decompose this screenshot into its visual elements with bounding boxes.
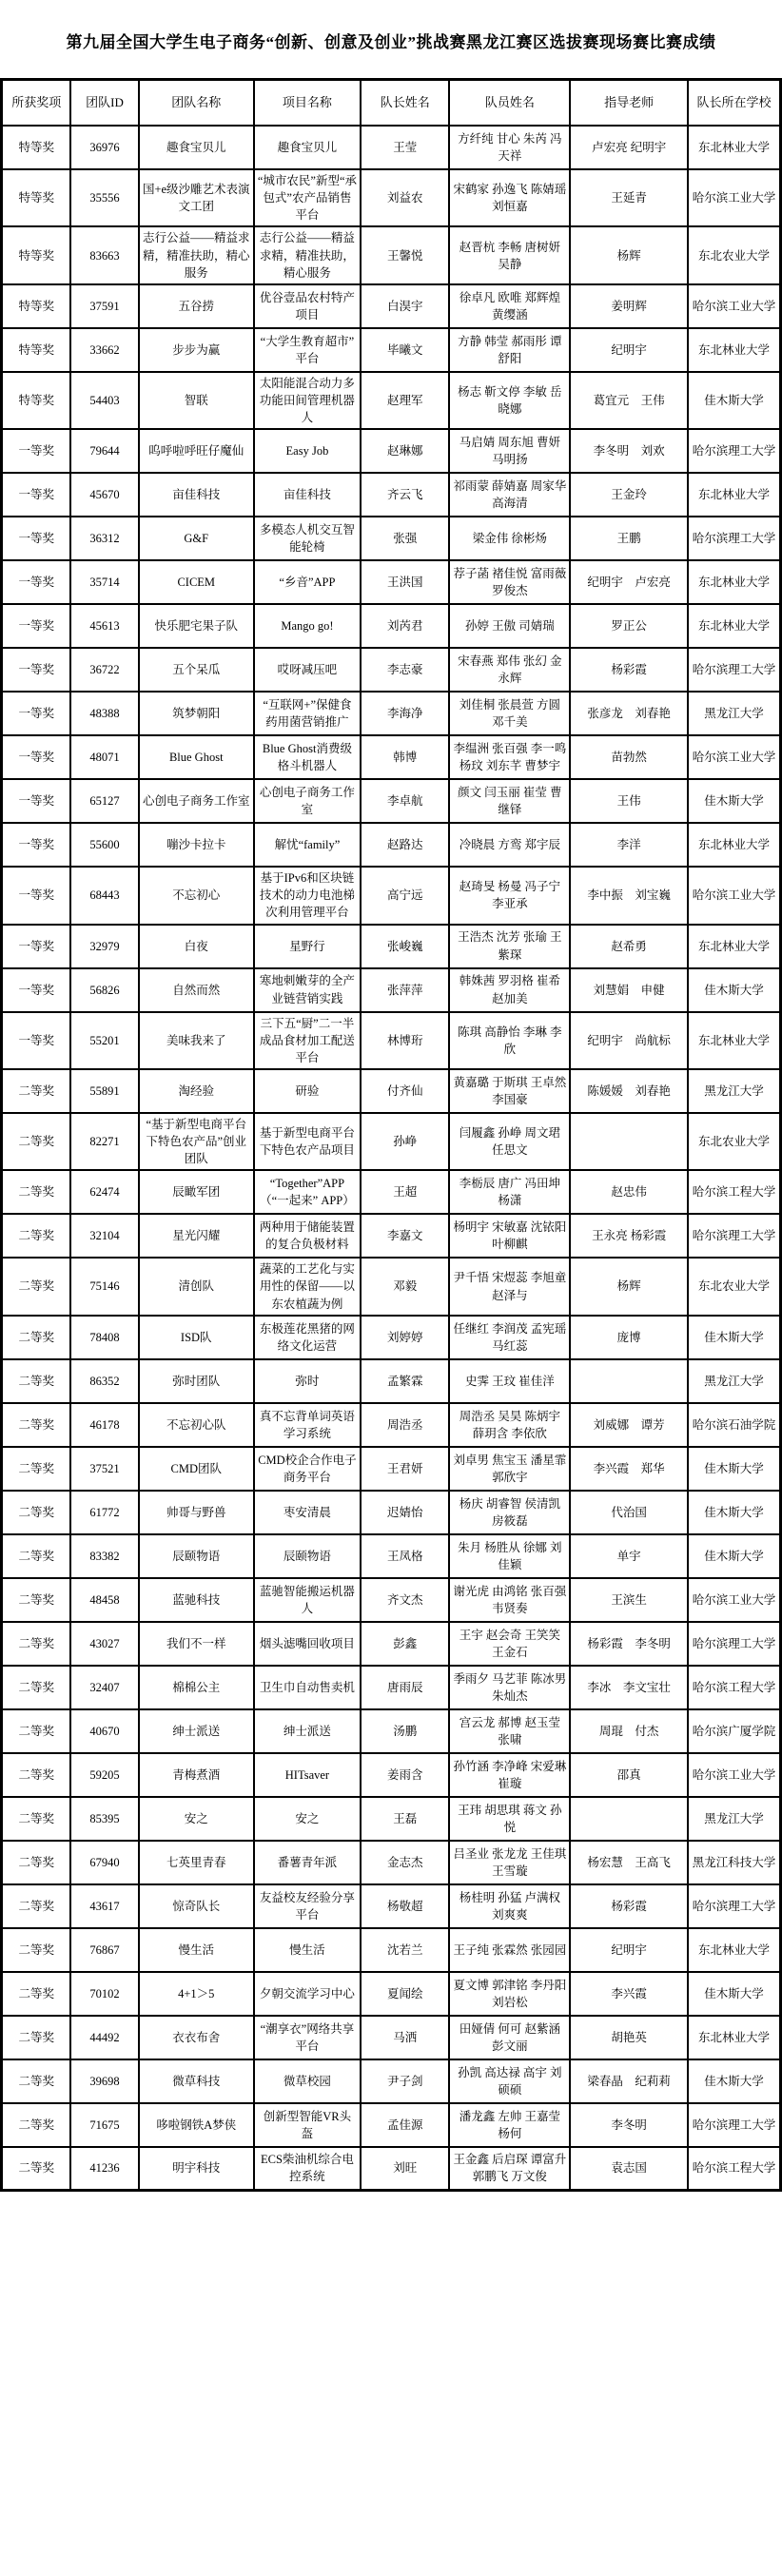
cell-school: 黑龙江大学 [688,1359,781,1403]
cell-team-name: 心创电子商务工作室 [139,779,254,823]
cell-project-name: 卫生巾自动售卖机 [254,1666,361,1709]
cell-award: 一等奖 [2,925,71,968]
cell-school: 哈尔滨工业大学 [688,169,781,226]
cell-project-name: 多模态人机交互智能轮椅 [254,517,361,560]
cell-members: 季雨夕 马艺菲 陈冰男 朱灿杰 [449,1666,570,1709]
cell-advisors: 王滨生 [570,1578,688,1622]
cell-award: 特等奖 [2,126,71,169]
cell-team-id: 55600 [70,823,138,867]
cell-project-name: “大学生教育超市”平台 [254,328,361,372]
cell-award: 一等奖 [2,968,71,1012]
cell-team-id: 35714 [70,560,138,604]
cell-captain: 夏闻绘 [361,1972,449,2016]
cell-team-id: 75146 [70,1258,138,1315]
cell-advisors: 陈媛媛 刘春艳 [570,1069,688,1113]
cell-team-id: 43617 [70,1884,138,1928]
results-table-body: 特等奖36976趣食宝贝儿趣食宝贝儿王莹方纤纯 甘心 朱芮 冯天祥卢宏亮 纪明宇… [2,126,781,2191]
cell-award: 二等奖 [2,1316,71,1359]
cell-project-name: 弥时 [254,1359,361,1403]
cell-team-id: 65127 [70,779,138,823]
cell-team-id: 61772 [70,1491,138,1534]
cell-project-name: 创新型智能VR头盔 [254,2103,361,2147]
table-row: 二等奖61772帅哥与野兽枣安清晨迟婧怡杨庆 胡睿智 侯清凯 房筱磊代治国佳木斯… [2,1491,781,1534]
table-row: 特等奖33662步步为赢“大学生教育超市”平台毕曦文方静 韩莹 郝雨彤 谭舒阳纪… [2,328,781,372]
cell-team-name: 五谷捞 [139,284,254,328]
cell-award: 一等奖 [2,867,71,924]
cell-team-name: 嘣沙卡拉卡 [139,823,254,867]
table-row: 特等奖35556国+e级沙雕艺术表演文工团“城市农民”新型“承包式”农产品销售平… [2,169,781,226]
table-row: 一等奖68443不忘初心基于IPv6和区块链技术的动力电池梯次利用管理平台高宁远… [2,867,781,924]
cell-project-name: 蔬菜的工艺化与实用性的保留——以东农植蔬为例 [254,1258,361,1315]
table-row: 二等奖83382辰颐物语辰颐物语王凤格朱月 杨胜从 徐娜 刘佳颖单宇佳木斯大学 [2,1534,781,1578]
cell-captain: 迟婧怡 [361,1491,449,1534]
cell-team-name: CMD团队 [139,1447,254,1491]
cell-team-id: 83382 [70,1534,138,1578]
cell-award: 二等奖 [2,1113,71,1170]
table-row: 二等奖62474辰瞰军团“Together”APP （“一起来” APP）王超李… [2,1170,781,1214]
cell-team-id: 32979 [70,925,138,968]
table-row: 二等奖701024+1＞5夕朝交流学习中心夏闻绘夏文博 郭津铭 李丹阳 刘岩松李… [2,1972,781,2016]
cell-members: 徐卓凡 欧唯 郑辉煌 黄缨涵 [449,284,570,328]
cell-members: 任继红 李润茂 孟宪瑶 马红蕊 [449,1316,570,1359]
cell-advisors: 刘威娜 谭芳 [570,1403,688,1447]
cell-members: 孙凯 高达禄 高宇 刘硕硕 [449,2059,570,2103]
cell-team-id: 45670 [70,473,138,517]
cell-captain: 林博珩 [361,1012,449,1069]
cell-award: 一等奖 [2,517,71,560]
cell-team-name: 志行公益——精益求精，精准扶助，精心服务 [139,226,254,283]
cell-award: 二等奖 [2,1578,71,1622]
cell-team-name: 快乐肥宅果子队 [139,604,254,648]
cell-members: 刘卓男 焦宝玉 潘星霏 郭欣宇 [449,1447,570,1491]
cell-award: 二等奖 [2,1359,71,1403]
cell-captain: 刘芮君 [361,604,449,648]
cell-team-name: 安之 [139,1797,254,1841]
cell-project-name: 优谷壹品农村特产项目 [254,284,361,328]
cell-school: 哈尔滨理工大学 [688,2103,781,2147]
cell-captain: 赵琳娜 [361,429,449,473]
cell-award: 二等奖 [2,1841,71,1884]
table-row: 二等奖75146清创队蔬菜的工艺化与实用性的保留——以东农植蔬为例邓毅尹千悟 宋… [2,1258,781,1315]
cell-captain: 王洪国 [361,560,449,604]
cell-project-name: 解忧“family” [254,823,361,867]
cell-school: 佳木斯大学 [688,1491,781,1534]
table-row: 一等奖55600嘣沙卡拉卡解忧“family”赵路达冷晓晨 方鸾 郑宇辰李洋东北… [2,823,781,867]
cell-award: 一等奖 [2,604,71,648]
cell-project-name: 慢生活 [254,1928,361,1972]
cell-project-name: 三下五“厨”二一半成品食材加工配送平台 [254,1012,361,1069]
cell-school: 哈尔滨工业大学 [688,284,781,328]
cell-team-id: 76867 [70,1928,138,1972]
cell-advisors: 杨彩霞 李冬明 [570,1622,688,1666]
cell-members: 李缊洲 张百强 李一鸣 杨玟 刘东芊 曹梦宇 [449,735,570,779]
cell-project-name: 烟头滤嘴回收项目 [254,1622,361,1666]
cell-members: 冷晓晨 方鸾 郑宇辰 [449,823,570,867]
cell-captain: 周浩丞 [361,1403,449,1447]
cell-project-name: 两种用于储能装置的复合负极材料 [254,1214,361,1258]
table-row: 一等奖32979白夜星野行张峻巍王浩杰 沈芳 张瑜 王紫琛赵希勇东北林业大学 [2,925,781,968]
cell-school: 佳木斯大学 [688,968,781,1012]
cell-school: 哈尔滨理工大学 [688,648,781,692]
cell-members: 赵晋杭 李畅 唐树妍 吴静 [449,226,570,283]
cell-project-name: 哎呀减压吧 [254,648,361,692]
cell-award: 一等奖 [2,823,71,867]
cell-team-name: 自然而然 [139,968,254,1012]
cell-team-id: 85395 [70,1797,138,1841]
table-row: 二等奖44492衣衣布舍“潮享衣”网络共享平台马洒田娅倩 何可 赵紫涵 彭文丽胡… [2,2016,781,2059]
table-row: 二等奖46178不忘初心队真不忘背单词英语学习系统周浩丞周浩丞 吴昊 陈炳宇 薛… [2,1403,781,1447]
cell-team-id: 40670 [70,1709,138,1753]
cell-team-name: 亩佳科技 [139,473,254,517]
cell-advisors: 代治国 [570,1491,688,1534]
cell-school: 佳木斯大学 [688,1447,781,1491]
cell-captain: 孟繁霖 [361,1359,449,1403]
cell-team-name: 弥时团队 [139,1359,254,1403]
cell-project-name: 枣安清晨 [254,1491,361,1534]
cell-project-name: CMD校企合作电子商务平台 [254,1447,361,1491]
cell-award: 特等奖 [2,328,71,372]
cell-school: 东北林业大学 [688,1012,781,1069]
cell-team-name: 白夜 [139,925,254,968]
cell-team-name: 五个呆瓜 [139,648,254,692]
cell-members: 颜文 闫玉丽 崔莹 曹继铎 [449,779,570,823]
cell-award: 特等奖 [2,372,71,429]
cell-advisors: 纪明宇 [570,328,688,372]
cell-award: 二等奖 [2,1884,71,1928]
cell-team-id: 41236 [70,2147,138,2191]
cell-advisors [570,1359,688,1403]
cell-team-id: 32104 [70,1214,138,1258]
table-row: 一等奖36722五个呆瓜哎呀减压吧李志豪宋春燕 郑伟 张幻 金永辉杨彩霞哈尔滨理… [2,648,781,692]
table-row: 二等奖71675哆啦钢铁A梦侠创新型智能VR头盔孟佳源潘龙鑫 左帅 王嘉莹 杨何… [2,2103,781,2147]
table-row: 二等奖67940七英里青春番薯青年派金志杰吕圣业 张龙龙 王佳琪 王雪璇杨宏慧 … [2,1841,781,1884]
cell-team-name: 帅哥与野兽 [139,1491,254,1534]
cell-captain: 唐雨辰 [361,1666,449,1709]
cell-members: 周浩丞 吴昊 陈炳宇 薛玥含 李依欣 [449,1403,570,1447]
cell-captain: 王凤格 [361,1534,449,1578]
cell-captain: 王磊 [361,1797,449,1841]
cell-school: 东北农业大学 [688,1113,781,1170]
cell-members: 杨桂明 孙猛 卢满权 刘爽爽 [449,1884,570,1928]
cell-members: 宋鹤家 孙逸飞 陈婧瑶 刘恒嘉 [449,169,570,226]
cell-school: 哈尔滨理工大学 [688,517,781,560]
cell-school: 东北林业大学 [688,126,781,169]
cell-award: 二等奖 [2,1666,71,1709]
cell-school: 东北林业大学 [688,328,781,372]
table-row: 一等奖45613快乐肥宅果子队Mango go!刘芮君孙婷 王傲 司婧瑞罗正公东… [2,604,781,648]
cell-award: 二等奖 [2,1928,71,1972]
cell-school: 佳木斯大学 [688,1534,781,1578]
cell-members: 潘龙鑫 左帅 王嘉莹 杨何 [449,2103,570,2147]
results-page: 第九届全国大学生电子商务“创新、创意及创业”挑战赛黑龙江赛区选拔赛现场赛比赛成绩… [0,0,782,2192]
cell-members: 李栃辰 唐广 冯田坤 杨潇 [449,1170,570,1214]
cell-team-name: 淘经验 [139,1069,254,1113]
table-row: 二等奖41236明宇科技ECS柴油机综合电控系统刘旺王金鑫 后启琛 谭富升 郭鹏… [2,2147,781,2191]
cell-award: 二等奖 [2,1797,71,1841]
cell-members: 田娅倩 何可 赵紫涵 彭文丽 [449,2016,570,2059]
cell-award: 二等奖 [2,1214,71,1258]
cell-members: 孙竹涵 李净峰 宋爱琳 崔璇 [449,1753,570,1797]
cell-members: 荐子菡 褚佳悦 富雨薇 罗俊杰 [449,560,570,604]
table-row: 二等奖86352弥时团队弥时孟繁霖史霁 王玟 崔佳洋黑龙江大学 [2,1359,781,1403]
cell-team-id: 48071 [70,735,138,779]
column-header: 队员姓名 [449,80,570,127]
cell-captain: 孟佳源 [361,2103,449,2147]
cell-team-id: 67940 [70,1841,138,1884]
cell-team-id: 55891 [70,1069,138,1113]
cell-members: 朱月 杨胜从 徐娜 刘佳颖 [449,1534,570,1578]
cell-advisors: 赵忠伟 [570,1170,688,1214]
cell-team-name: 不忘初心队 [139,1403,254,1447]
cell-team-id: 86352 [70,1359,138,1403]
cell-team-id: 44492 [70,2016,138,2059]
cell-school: 东北林业大学 [688,1928,781,1972]
cell-project-name: 友益校友经验分享平台 [254,1884,361,1928]
cell-captain: 马洒 [361,2016,449,2059]
cell-team-name: Blue Ghost [139,735,254,779]
cell-members: 夏文博 郭津铭 李丹阳 刘岩松 [449,1972,570,2016]
cell-captain: 毕曦文 [361,328,449,372]
cell-team-name: 慢生活 [139,1928,254,1972]
cell-team-name: 筑梦朝阳 [139,692,254,735]
table-row: 二等奖43617惊奇队长友益校友经验分享平台杨敬超杨桂明 孙猛 卢满权 刘爽爽杨… [2,1884,781,1928]
cell-school: 哈尔滨理工大学 [688,1884,781,1928]
cell-team-name: 明宇科技 [139,2147,254,2191]
cell-project-name: “乡音”APP [254,560,361,604]
cell-captain: 沈若兰 [361,1928,449,1972]
table-row: 二等奖32407棉棉公主卫生巾自动售卖机唐雨辰季雨夕 马艺菲 陈冰男 朱灿杰李冰… [2,1666,781,1709]
cell-school: 哈尔滨理工大学 [688,429,781,473]
cell-team-id: 55201 [70,1012,138,1069]
cell-captain: 王馨悦 [361,226,449,283]
cell-captain: 李志豪 [361,648,449,692]
cell-school: 东北林业大学 [688,2016,781,2059]
cell-project-name: 东极莲花黑猪的网络文化运营 [254,1316,361,1359]
cell-team-name: 惊奇队长 [139,1884,254,1928]
cell-project-name: “潮享衣”网络共享平台 [254,2016,361,2059]
cell-project-name: 趣食宝贝儿 [254,126,361,169]
cell-project-name: 辰颐物语 [254,1534,361,1578]
cell-project-name: 绅士派送 [254,1709,361,1753]
cell-captain: 齐云飞 [361,473,449,517]
cell-advisors: 纪明宇 尚航标 [570,1012,688,1069]
cell-advisors: 苗勃然 [570,735,688,779]
table-row: 一等奖48388筑梦朝阳“互联网+”保健食药用菌营销推广李海净刘佳桐 张晨萱 方… [2,692,781,735]
table-row: 二等奖55891淘经验研验付齐仙黄嘉璐 于斯琪 王卓然 李国豪陈媛媛 刘春艳黑龙… [2,1069,781,1113]
cell-school: 哈尔滨广厦学院 [688,1709,781,1753]
cell-captain: 李嘉文 [361,1214,449,1258]
cell-captain: 王超 [361,1170,449,1214]
cell-members: 吕圣业 张龙龙 王佳琪 王雪璇 [449,1841,570,1884]
cell-team-id: 45613 [70,604,138,648]
cell-team-name: 不忘初心 [139,867,254,924]
cell-captain: 孙峥 [361,1113,449,1170]
cell-award: 一等奖 [2,779,71,823]
cell-school: 哈尔滨石油学院 [688,1403,781,1447]
cell-team-name: 步步为赢 [139,328,254,372]
cell-advisors: 杨彩霞 [570,648,688,692]
table-row: 二等奖40670绅士派送绅士派送汤鹏宫云龙 郝博 赵玉莹 张啸周琨 付杰哈尔滨广… [2,1709,781,1753]
cell-school: 黑龙江大学 [688,1069,781,1113]
cell-members: 祁雨蒙 薛婧嘉 周家华 高海清 [449,473,570,517]
column-header: 指导老师 [570,80,688,127]
cell-advisors: 梁春晶 纪莉莉 [570,2059,688,2103]
cell-team-name: 七英里青春 [139,1841,254,1884]
cell-members: 陈琪 高静怡 李琳 李欣 [449,1012,570,1069]
cell-advisors: 单宇 [570,1534,688,1578]
cell-school: 哈尔滨工业大学 [688,1578,781,1622]
cell-team-name: “基于新型电商平台下特色农产品”创业团队 [139,1113,254,1170]
cell-school: 佳木斯大学 [688,1972,781,2016]
cell-advisors: 李冬明 刘欢 [570,429,688,473]
cell-advisors: 袁志国 [570,2147,688,2191]
cell-team-name: 星光闪耀 [139,1214,254,1258]
cell-advisors: 李洋 [570,823,688,867]
cell-members: 宫云龙 郝博 赵玉莹 张啸 [449,1709,570,1753]
cell-team-name: 衣衣布舍 [139,2016,254,2059]
cell-award: 二等奖 [2,1170,71,1214]
table-row: 特等奖54403智联太阳能混合动力多功能田间管理机器人赵理军杨志 靳文停 李敏 … [2,372,781,429]
cell-team-id: 36722 [70,648,138,692]
cell-project-name: 亩佳科技 [254,473,361,517]
cell-team-id: 71675 [70,2103,138,2147]
cell-team-name: 4+1＞5 [139,1972,254,2016]
cell-school: 佳木斯大学 [688,1316,781,1359]
cell-advisors: 杨辉 [570,1258,688,1315]
cell-school: 东北林业大学 [688,604,781,648]
cell-captain: 韩博 [361,735,449,779]
cell-team-id: 39698 [70,2059,138,2103]
cell-team-name: 青梅煮酒 [139,1753,254,1797]
cell-advisors: 李中振 刘宝巍 [570,867,688,924]
cell-team-id: 83663 [70,226,138,283]
table-row: 一等奖56826自然而然寒地刺嫩芽的全产业链营销实践张萍萍韩姝茜 罗羽格 崔希 … [2,968,781,1012]
cell-award: 特等奖 [2,169,71,226]
header-row: 所获奖项团队ID团队名称项目名称队长姓名队员姓名指导老师队长所在学校 [2,80,781,127]
cell-advisors: 罗正公 [570,604,688,648]
cell-captain: 尹子剑 [361,2059,449,2103]
table-row: 一等奖48071Blue GhostBlue Ghost消费级格斗机器人韩博李缊… [2,735,781,779]
cell-school: 哈尔滨工程大学 [688,2147,781,2191]
cell-advisors: 杨辉 [570,226,688,283]
cell-award: 二等奖 [2,2016,71,2059]
cell-captain: 金志杰 [361,1841,449,1884]
cell-captain: 刘益农 [361,169,449,226]
cell-members: 杨志 靳文停 李敏 岳晓娜 [449,372,570,429]
cell-project-name: 夕朝交流学习中心 [254,1972,361,2016]
cell-advisors: 王永亮 杨彩霞 [570,1214,688,1258]
cell-team-id: 79644 [70,429,138,473]
cell-team-name: CICEM [139,560,254,604]
cell-project-name: 星野行 [254,925,361,968]
table-row: 特等奖83663志行公益——精益求精，精准扶助，精心服务志行公益——精益求精，精… [2,226,781,283]
cell-members: 黄嘉璐 于斯琪 王卓然 李国豪 [449,1069,570,1113]
cell-advisors: 卢宏亮 纪明宇 [570,126,688,169]
cell-project-name: 基于新型电商平台下特色农产品项目 [254,1113,361,1170]
cell-project-name: “互联网+”保健食药用菌营销推广 [254,692,361,735]
cell-advisors: 邵真 [570,1753,688,1797]
cell-captain: 彭鑫 [361,1622,449,1666]
cell-school: 东北林业大学 [688,925,781,968]
cell-team-id: 35556 [70,169,138,226]
cell-captain: 刘旺 [361,2147,449,2191]
cell-award: 二等奖 [2,2059,71,2103]
cell-advisors: 张彦龙 刘春艳 [570,692,688,735]
cell-team-id: 68443 [70,867,138,924]
cell-team-name: 清创队 [139,1258,254,1315]
cell-captain: 李卓航 [361,779,449,823]
cell-members: 王浩杰 沈芳 张瑜 王紫琛 [449,925,570,968]
cell-school: 哈尔滨理工大学 [688,1214,781,1258]
cell-captain: 张萍萍 [361,968,449,1012]
table-row: 二等奖32104星光闪耀两种用于储能装置的复合负极材料李嘉文杨明宇 宋敏嘉 沈铱… [2,1214,781,1258]
cell-project-name: 蓝驰智能搬运机器人 [254,1578,361,1622]
cell-project-name: 番薯青年派 [254,1841,361,1884]
table-row: 二等奖43027我们不一样烟头滤嘴回收项目彭鑫王宇 赵会奇 王笑笑 王金石杨彩霞… [2,1622,781,1666]
cell-award: 一等奖 [2,1012,71,1069]
cell-project-name: HITsaver [254,1753,361,1797]
cell-team-name: 辰颐物语 [139,1534,254,1578]
cell-advisors: 周琨 付杰 [570,1709,688,1753]
cell-captain: 李海净 [361,692,449,735]
cell-school: 哈尔滨工程大学 [688,1666,781,1709]
cell-award: 二等奖 [2,1069,71,1113]
table-row: 一等奖35714CICEM“乡音”APP王洪国荐子菡 褚佳悦 富雨薇 罗俊杰纪明… [2,560,781,604]
cell-advisors: 纪明宇 卢宏亮 [570,560,688,604]
table-row: 特等奖37591五谷捞优谷壹品农村特产项目白淏宇徐卓凡 欧唯 郑辉煌 黄缨涵姜明… [2,284,781,328]
cell-members: 韩姝茜 罗羽格 崔希 赵加美 [449,968,570,1012]
table-row: 二等奖59205青梅煮酒HITsaver姜雨含孙竹涵 李净峰 宋爱琳 崔璇邵真哈… [2,1753,781,1797]
cell-project-name: Easy Job [254,429,361,473]
cell-advisors: 赵希勇 [570,925,688,968]
cell-members: 杨庆 胡睿智 侯清凯 房筱磊 [449,1491,570,1534]
cell-team-name: 我们不一样 [139,1622,254,1666]
results-table: 所获奖项团队ID团队名称项目名称队长姓名队员姓名指导老师队长所在学校 特等奖36… [0,78,782,2192]
cell-award: 一等奖 [2,560,71,604]
table-row: 二等奖78408ISD队东极莲花黑猪的网络文化运营刘婷婷任继红 李润茂 孟宪瑶 … [2,1316,781,1359]
cell-award: 二等奖 [2,1534,71,1578]
cell-captain: 张峻巍 [361,925,449,968]
cell-members: 孙婷 王傲 司婧瑞 [449,604,570,648]
cell-team-id: 82271 [70,1113,138,1170]
cell-team-id: 56826 [70,968,138,1012]
cell-team-name: 辰瞰军团 [139,1170,254,1214]
cell-team-id: 70102 [70,1972,138,2016]
column-header: 项目名称 [254,80,361,127]
table-row: 一等奖79644呜呼啦呼旺仔魔仙Easy Job赵琳娜马启婧 周东旭 曹妍 马明… [2,429,781,473]
cell-advisors: 李兴霞 [570,1972,688,2016]
cell-award: 二等奖 [2,1972,71,2016]
cell-project-name: “城市农民”新型“承包式”农产品销售平台 [254,169,361,226]
cell-school: 东北农业大学 [688,1258,781,1315]
cell-school: 哈尔滨工业大学 [688,735,781,779]
cell-advisors: 刘慧娟 申健 [570,968,688,1012]
cell-award: 一等奖 [2,473,71,517]
cell-team-name: 棉棉公主 [139,1666,254,1709]
cell-project-name: Mango go! [254,604,361,648]
cell-members: 史霁 王玟 崔佳洋 [449,1359,570,1403]
cell-team-id: 48388 [70,692,138,735]
column-header: 队长所在学校 [688,80,781,127]
cell-team-id: 46178 [70,1403,138,1447]
cell-award: 二等奖 [2,1403,71,1447]
column-header: 队长姓名 [361,80,449,127]
page-title: 第九届全国大学生电子商务“创新、创意及创业”挑战赛黑龙江赛区选拔赛现场赛比赛成绩 [0,0,782,78]
column-header: 团队ID [70,80,138,127]
cell-award: 二等奖 [2,1709,71,1753]
cell-advisors: 王金玲 [570,473,688,517]
cell-members: 闫履鑫 孙峥 周文珺 任思文 [449,1113,570,1170]
